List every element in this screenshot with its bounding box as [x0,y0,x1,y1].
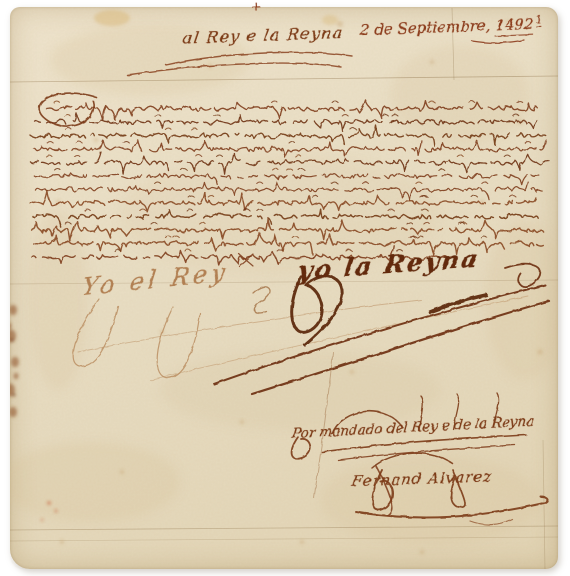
date-year: 1492 [495,15,534,36]
manuscript-photo: + al Rey e la Reyna 2 de Septiembre, 149… [0,0,570,576]
invocation-cross: + [251,0,263,15]
date-superscript-mark: 1 [535,15,542,27]
